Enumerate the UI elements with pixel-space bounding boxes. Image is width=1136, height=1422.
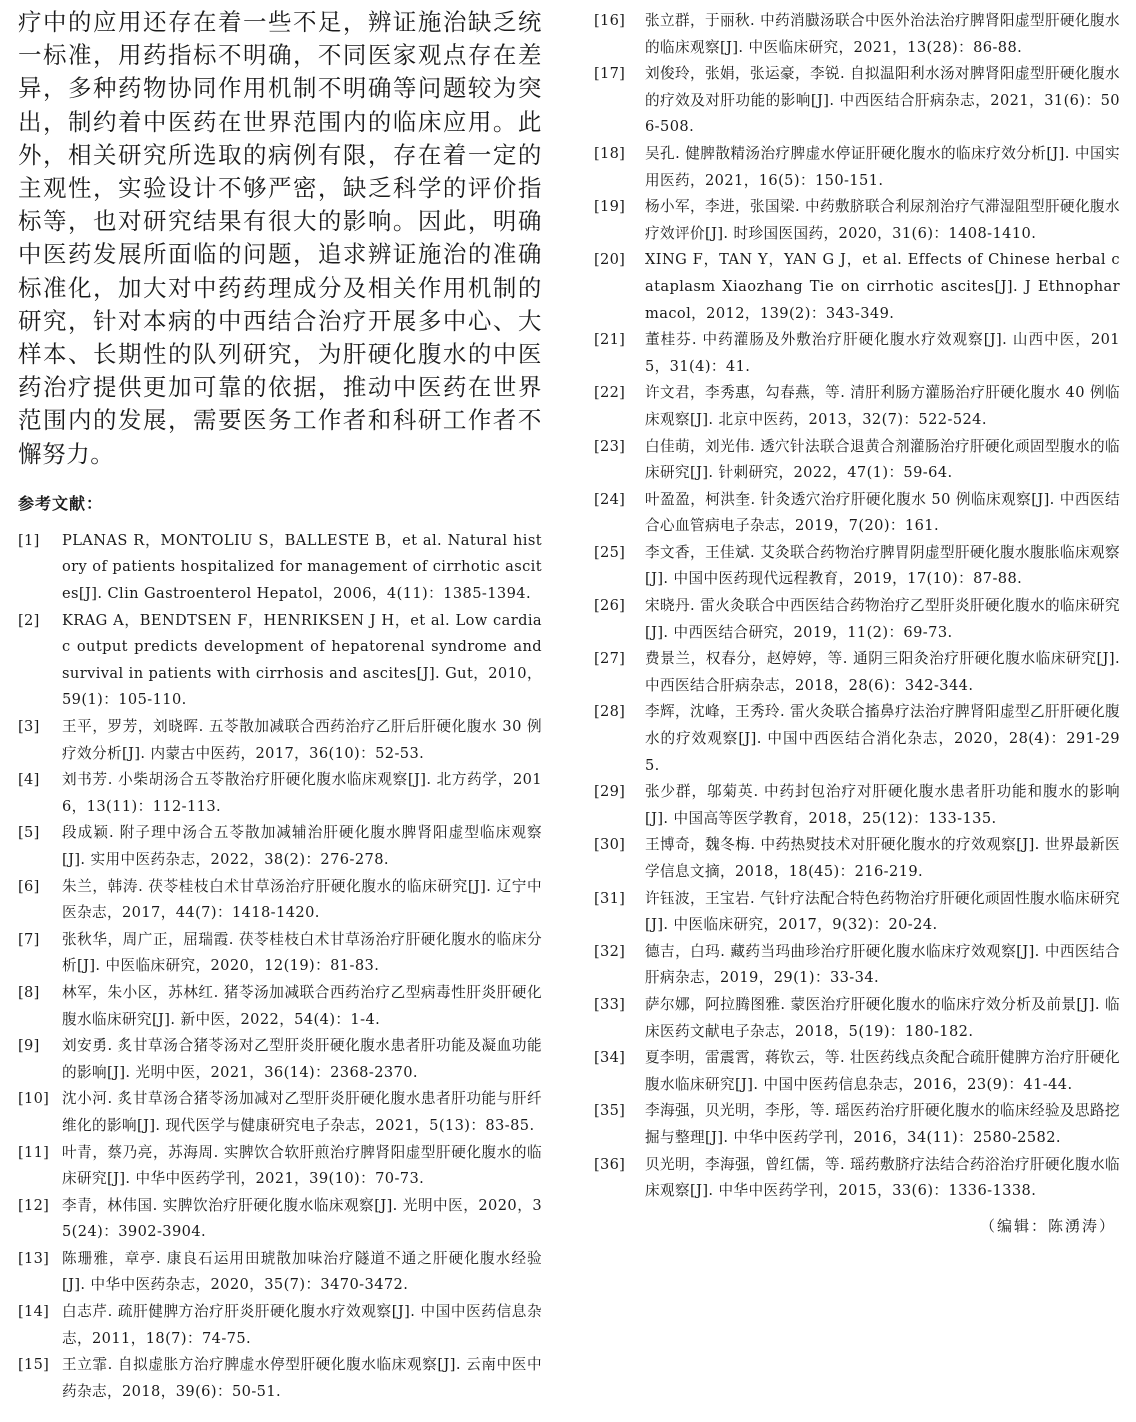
reference-text: 张立群，于丽秋. 中药消臌汤联合中医外治法治疗脾肾阳虚型肝硬化腹水的临床观察[J… (645, 8, 1120, 61)
body-paragraph: 疗中的应用还存在着一些不足，辨证施治缺乏统一标准，用药指标不明确，不同医家观点存… (18, 0, 542, 471)
reference-item: [5]段成颖. 附子理中汤合五苓散加减辅治肝硬化腹水脾肾阳虚型临床观察[J]. … (18, 820, 542, 873)
reference-number: [22] (594, 380, 645, 407)
reference-item: [7]张秋华，周广正，屈瑞霞. 茯苓桂枝白术甘草汤治疗肝硬化腹水的临床分析[J]… (18, 927, 542, 980)
reference-text: 许文君，李秀惠，勾春燕，等. 清肝利肠方灌肠治疗肝硬化腹水 40 例临床观察[J… (645, 380, 1120, 433)
editor-note: （编辑：陈湧涛） (594, 1213, 1120, 1239)
reference-item: [12]李青，林伟国. 实脾饮治疗肝硬化腹水临床观察[J]. 光明中医，2020… (18, 1193, 542, 1246)
reference-text: 夏李明，雷震霄，蒋钦云，等. 壮医药线点灸配合疏肝健脾方治疗肝硬化腹水临床研究[… (645, 1045, 1120, 1098)
reference-number: [4] (18, 767, 62, 794)
reference-number: [14] (18, 1299, 62, 1326)
reference-text: XING F，TAN Y，YAN G J，et al. Effects of C… (645, 247, 1120, 327)
reference-item: [4]刘书芳. 小柴胡汤合五苓散治疗肝硬化腹水临床观察[J]. 北方药学，201… (18, 767, 542, 820)
reference-text: 贝光明，李海强，曾红儒，等. 瑶药敷脐疗法结合药浴治疗肝硬化腹水临床观察[J].… (645, 1152, 1120, 1205)
reference-number: [1] (18, 528, 62, 555)
reference-number: [32] (594, 939, 645, 966)
reference-item: [36]贝光明，李海强，曾红儒，等. 瑶药敷脐疗法结合药浴治疗肝硬化腹水临床观察… (594, 1152, 1120, 1205)
reference-number: [18] (594, 141, 645, 168)
reference-number: [3] (18, 714, 62, 741)
reference-number: [30] (594, 832, 645, 859)
reference-item: [32]德吉，白玛. 藏药当玛曲珍治疗肝硬化腹水临床疗效观察[J]. 中西医结合… (594, 939, 1120, 992)
reference-number: [17] (594, 61, 645, 88)
reference-text: 林军，朱小区，苏林红. 猪苓汤加减联合西药治疗乙型病毒性肝炎肝硬化腹水临床研究[… (62, 980, 542, 1033)
reference-text: 李青，林伟国. 实脾饮治疗肝硬化腹水临床观察[J]. 光明中医，2020，35(… (62, 1193, 542, 1246)
reference-number: [21] (594, 327, 645, 354)
reference-text: KRAG A，BENDTSEN F，HENRIKSEN J H，et al. L… (62, 608, 542, 714)
reference-item: [33]萨尔娜，阿拉腾图雅. 蒙医治疗肝硬化腹水的临床疗效分析及前景[J]. 临… (594, 992, 1120, 1045)
reference-item: [31]许钰波，王宝岩. 气针疗法配合特色药物治疗肝硬化顽固性腹水临床研究[J]… (594, 886, 1120, 939)
reference-text: 白志芹. 疏肝健脾方治疗肝炎肝硬化腹水疗效观察[J]. 中国中医药信息杂志，20… (62, 1299, 542, 1352)
reference-item: [14]白志芹. 疏肝健脾方治疗肝炎肝硬化腹水疗效观察[J]. 中国中医药信息杂… (18, 1299, 542, 1352)
reference-text: 宋晓丹. 雷火灸联合中西医结合药物治疗乙型肝炎肝硬化腹水的临床研究[J]. 中西… (645, 593, 1120, 646)
reference-text: 刘书芳. 小柴胡汤合五苓散治疗肝硬化腹水临床观察[J]. 北方药学，2016，1… (62, 767, 542, 820)
reference-number: [36] (594, 1152, 645, 1179)
reference-text: 段成颖. 附子理中汤合五苓散加减辅治肝硬化腹水脾肾阳虚型临床观察[J]. 实用中… (62, 820, 542, 873)
reference-text: 张少群，邬菊英. 中药封包治疗对肝硬化腹水患者肝功能和腹水的影响[J]. 中国高… (645, 779, 1120, 832)
reference-item: [6]朱兰，韩涛. 茯苓桂枝白术甘草汤治疗肝硬化腹水的临床研究[J]. 辽宁中医… (18, 874, 542, 927)
reference-number: [34] (594, 1045, 645, 1072)
reference-text: 叶青，蔡乃亮，苏海周. 实脾饮合软肝煎治疗脾肾阳虚型肝硬化腹水的临床研究[J].… (62, 1140, 542, 1193)
reference-item: [24]叶盈盈，柯洪奎. 针灸透穴治疗肝硬化腹水 50 例临床观察[J]. 中西… (594, 487, 1120, 540)
reference-number: [16] (594, 8, 645, 35)
reference-text: 刘安勇. 炙甘草汤合猪苓汤对乙型肝炎肝硬化腹水患者肝功能及凝血功能的影响[J].… (62, 1033, 542, 1086)
reference-number: [9] (18, 1033, 62, 1060)
reference-item: [18]吴孔. 健脾散精汤治疗脾虚水停证肝硬化腹水的临床疗效分析[J]. 中国实… (594, 141, 1120, 194)
reference-number: [2] (18, 608, 62, 635)
reference-item: [35]李海强，贝光明，李彤，等. 瑶医药治疗肝硬化腹水的临床经验及思路挖掘与整… (594, 1098, 1120, 1151)
reference-item: [34]夏李明，雷震霄，蒋钦云，等. 壮医药线点灸配合疏肝健脾方治疗肝硬化腹水临… (594, 1045, 1120, 1098)
reference-text: 李海强，贝光明，李彤，等. 瑶医药治疗肝硬化腹水的临床经验及思路挖掘与整理[J]… (645, 1098, 1120, 1151)
reference-item: [19]杨小军，李进，张国梁. 中药敷脐联合利尿剂治疗气滞湿阻型肝硬化腹水疗效评… (594, 194, 1120, 247)
reference-text: 李辉，沈峰，王秀玲. 雷火灸联合搐鼻疗法治疗脾肾阳虚型乙肝肝硬化腹水的疗效观察[… (645, 699, 1120, 779)
reference-item: [15]王立霏. 自拟虚胀方治疗脾虚水停型肝硬化腹水临床观察[J]. 云南中医中… (18, 1352, 542, 1405)
reference-number: [10] (18, 1086, 62, 1113)
reference-item: [2]KRAG A，BENDTSEN F，HENRIKSEN J H，et al… (18, 608, 542, 714)
reference-number: [26] (594, 593, 645, 620)
reference-number: [8] (18, 980, 62, 1007)
reference-text: 萨尔娜，阿拉腾图雅. 蒙医治疗肝硬化腹水的临床疗效分析及前景[J]. 临床医药文… (645, 992, 1120, 1045)
reference-text: 德吉，白玛. 藏药当玛曲珍治疗肝硬化腹水临床疗效观察[J]. 中西医结合肝病杂志… (645, 939, 1120, 992)
reference-number: [13] (18, 1246, 62, 1273)
reference-text: 叶盈盈，柯洪奎. 针灸透穴治疗肝硬化腹水 50 例临床观察[J]. 中西医结合心… (645, 487, 1120, 540)
reference-item: [3]王平，罗芳，刘晓晖. 五苓散加减联合西药治疗乙肝后肝硬化腹水 30 例疗效… (18, 714, 542, 767)
reference-number: [12] (18, 1193, 62, 1220)
reference-number: [33] (594, 992, 645, 1019)
reference-item: [28]李辉，沈峰，王秀玲. 雷火灸联合搐鼻疗法治疗脾肾阳虚型乙肝肝硬化腹水的疗… (594, 699, 1120, 779)
reference-list-left: [1]PLANAS R，MONTOLIU S，BALLESTE B，et al.… (18, 528, 542, 1406)
reference-item: [10]沈小河. 炙甘草汤合猪苓汤加减对乙型肝炎肝硬化腹水患者肝功能与肝纤维化的… (18, 1086, 542, 1139)
reference-number: [27] (594, 646, 645, 673)
reference-item: [8]林军，朱小区，苏林红. 猪苓汤加减联合西药治疗乙型病毒性肝炎肝硬化腹水临床… (18, 980, 542, 1033)
reference-list-right: [16]张立群，于丽秋. 中药消臌汤联合中医外治法治疗脾肾阳虚型肝硬化腹水的临床… (594, 8, 1120, 1205)
reference-number: [15] (18, 1352, 62, 1379)
reference-number: [23] (594, 434, 645, 461)
reference-item: [13]陈珊雅，章亭. 康良石运用田琥散加味治疗隧道不通之肝硬化腹水经验[J].… (18, 1246, 542, 1299)
reference-item: [26]宋晓丹. 雷火灸联合中西医结合药物治疗乙型肝炎肝硬化腹水的临床研究[J]… (594, 593, 1120, 646)
reference-number: [5] (18, 820, 62, 847)
reference-text: 王平，罗芳，刘晓晖. 五苓散加减联合西药治疗乙肝后肝硬化腹水 30 例疗效分析[… (62, 714, 542, 767)
reference-text: 费景兰，权春分，赵婷婷，等. 通阴三阳灸治疗肝硬化腹水临床研究[J]. 中西医结… (645, 646, 1120, 699)
reference-number: [6] (18, 874, 62, 901)
reference-item: [1]PLANAS R，MONTOLIU S，BALLESTE B，et al.… (18, 528, 542, 608)
reference-number: [19] (594, 194, 645, 221)
reference-text: 王博奇，魏冬梅. 中药热熨技术对肝硬化腹水的疗效观察[J]. 世界最新医学信息文… (645, 832, 1120, 885)
reference-item: [23]白佳萌，刘光伟. 透穴针法联合退黄合剂灌肠治疗肝硬化顽固型腹水的临床研究… (594, 434, 1120, 487)
reference-text: 吴孔. 健脾散精汤治疗脾虚水停证肝硬化腹水的临床疗效分析[J]. 中国实用医药，… (645, 141, 1120, 194)
reference-number: [28] (594, 699, 645, 726)
reference-number: [29] (594, 779, 645, 806)
right-column: [16]张立群，于丽秋. 中药消臌汤联合中医外治法治疗脾肾阳虚型肝硬化腹水的临床… (594, 8, 1120, 1239)
reference-item: [27]费景兰，权春分，赵婷婷，等. 通阴三阳灸治疗肝硬化腹水临床研究[J]. … (594, 646, 1120, 699)
reference-number: [7] (18, 927, 62, 954)
reference-text: 白佳萌，刘光伟. 透穴针法联合退黄合剂灌肠治疗肝硬化顽固型腹水的临床研究[J].… (645, 434, 1120, 487)
reference-number: [31] (594, 886, 645, 913)
reference-item: [21]董桂芬. 中药灌肠及外敷治疗肝硬化腹水疗效观察[J]. 山西中医，201… (594, 327, 1120, 380)
reference-item: [29]张少群，邬菊英. 中药封包治疗对肝硬化腹水患者肝功能和腹水的影响[J].… (594, 779, 1120, 832)
reference-text: 董桂芬. 中药灌肠及外敷治疗肝硬化腹水疗效观察[J]. 山西中医，2015，31… (645, 327, 1120, 380)
reference-text: 张秋华，周广正，屈瑞霞. 茯苓桂枝白术甘草汤治疗肝硬化腹水的临床分析[J]. 中… (62, 927, 542, 980)
reference-item: [17]刘俊玲，张娟，张运豪，李锐. 自拟温阳利水汤对脾肾阳虚型肝硬化腹水的疗效… (594, 61, 1120, 141)
reference-text: 陈珊雅，章亭. 康良石运用田琥散加味治疗隧道不通之肝硬化腹水经验[J]. 中华中… (62, 1246, 542, 1299)
reference-text: 王立霏. 自拟虚胀方治疗脾虚水停型肝硬化腹水临床观察[J]. 云南中医中药杂志，… (62, 1352, 542, 1405)
reference-number: [11] (18, 1140, 62, 1167)
reference-text: 朱兰，韩涛. 茯苓桂枝白术甘草汤治疗肝硬化腹水的临床研究[J]. 辽宁中医杂志，… (62, 874, 542, 927)
reference-item: [11]叶青，蔡乃亮，苏海周. 实脾饮合软肝煎治疗脾肾阳虚型肝硬化腹水的临床研究… (18, 1140, 542, 1193)
reference-item: [16]张立群，于丽秋. 中药消臌汤联合中医外治法治疗脾肾阳虚型肝硬化腹水的临床… (594, 8, 1120, 61)
reference-item: [20]XING F，TAN Y，YAN G J，et al. Effects … (594, 247, 1120, 327)
left-column: 疗中的应用还存在着一些不足，辨证施治缺乏统一标准，用药指标不明确，不同医家观点存… (18, 0, 542, 1405)
reference-number: [25] (594, 540, 645, 567)
reference-item: [25]李文香，王佳斌. 艾灸联合药物治疗脾胃阴虚型肝硬化腹水腹胀临床观察[J]… (594, 540, 1120, 593)
reference-item: [30]王博奇，魏冬梅. 中药热熨技术对肝硬化腹水的疗效观察[J]. 世界最新医… (594, 832, 1120, 885)
reference-number: [20] (594, 247, 645, 274)
reference-text: PLANAS R，MONTOLIU S，BALLESTE B，et al. Na… (62, 528, 542, 608)
reference-item: [9]刘安勇. 炙甘草汤合猪苓汤对乙型肝炎肝硬化腹水患者肝功能及凝血功能的影响[… (18, 1033, 542, 1086)
reference-item: [22]许文君，李秀惠，勾春燕，等. 清肝利肠方灌肠治疗肝硬化腹水 40 例临床… (594, 380, 1120, 433)
reference-number: [35] (594, 1098, 645, 1125)
reference-text: 沈小河. 炙甘草汤合猪苓汤加减对乙型肝炎肝硬化腹水患者肝功能与肝纤维化的影响[J… (62, 1086, 542, 1139)
reference-text: 刘俊玲，张娟，张运豪，李锐. 自拟温阳利水汤对脾肾阳虚型肝硬化腹水的疗效及对肝功… (645, 61, 1120, 141)
reference-text: 李文香，王佳斌. 艾灸联合药物治疗脾胃阴虚型肝硬化腹水腹胀临床观察[J]. 中国… (645, 540, 1120, 593)
reference-text: 许钰波，王宝岩. 气针疗法配合特色药物治疗肝硬化顽固性腹水临床研究[J]. 中医… (645, 886, 1120, 939)
references-heading: 参考文献： (18, 491, 542, 514)
reference-text: 杨小军，李进，张国梁. 中药敷脐联合利尿剂治疗气滞湿阻型肝硬化腹水疗效评价[J]… (645, 194, 1120, 247)
reference-number: [24] (594, 487, 645, 514)
